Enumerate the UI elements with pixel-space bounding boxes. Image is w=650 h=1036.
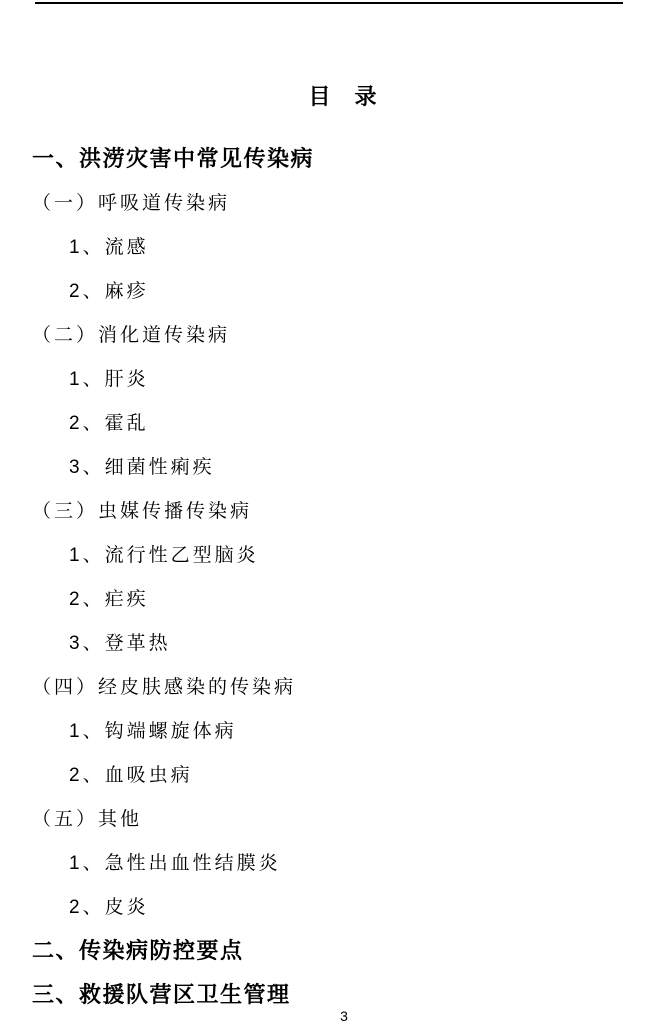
page-title: 目 录 — [36, 84, 650, 110]
toc-entry-item: 3、细菌性痢疾 — [32, 443, 630, 487]
toc-entry-item: 3、登革热 — [32, 619, 630, 663]
toc-entry-section: 一、洪涝灾害中常见传染病 — [32, 135, 630, 179]
toc-entry-item: 1、急性出血性结膜炎 — [32, 839, 630, 883]
header-rule — [35, 2, 623, 4]
toc-list: 一、洪涝灾害中常见传染病（一）呼吸道传染病1、流感2、麻疹（二）消化道传染病1、… — [32, 135, 630, 1015]
document-page: 目 录 一、洪涝灾害中常见传染病（一）呼吸道传染病1、流感2、麻疹（二）消化道传… — [0, 0, 650, 1036]
toc-entry-item: 2、血吸虫病 — [32, 751, 630, 795]
toc-entry-subsection: （五）其他 — [32, 795, 630, 839]
toc-entry-item: 2、皮炎 — [32, 883, 630, 927]
toc-entry-subsection: （一）呼吸道传染病 — [32, 179, 630, 223]
toc-entry-subsection: （三）虫媒传播传染病 — [32, 487, 630, 531]
toc-entry-item: 1、肝炎 — [32, 355, 630, 399]
page-number: 3 — [38, 1008, 650, 1024]
toc-entry-section: 二、传染病防控要点 — [32, 927, 630, 971]
toc-entry-item: 1、流行性乙型脑炎 — [32, 531, 630, 575]
toc-entry-item: 1、钩端螺旋体病 — [32, 707, 630, 751]
toc-entry-item: 1、流感 — [32, 223, 630, 267]
toc-entry-subsection: （二）消化道传染病 — [32, 311, 630, 355]
toc-entry-item: 2、霍乱 — [32, 399, 630, 443]
toc-entry-item: 2、疟疾 — [32, 575, 630, 619]
toc-entry-item: 2、麻疹 — [32, 267, 630, 311]
toc-entry-subsection: （四）经皮肤感染的传染病 — [32, 663, 630, 707]
